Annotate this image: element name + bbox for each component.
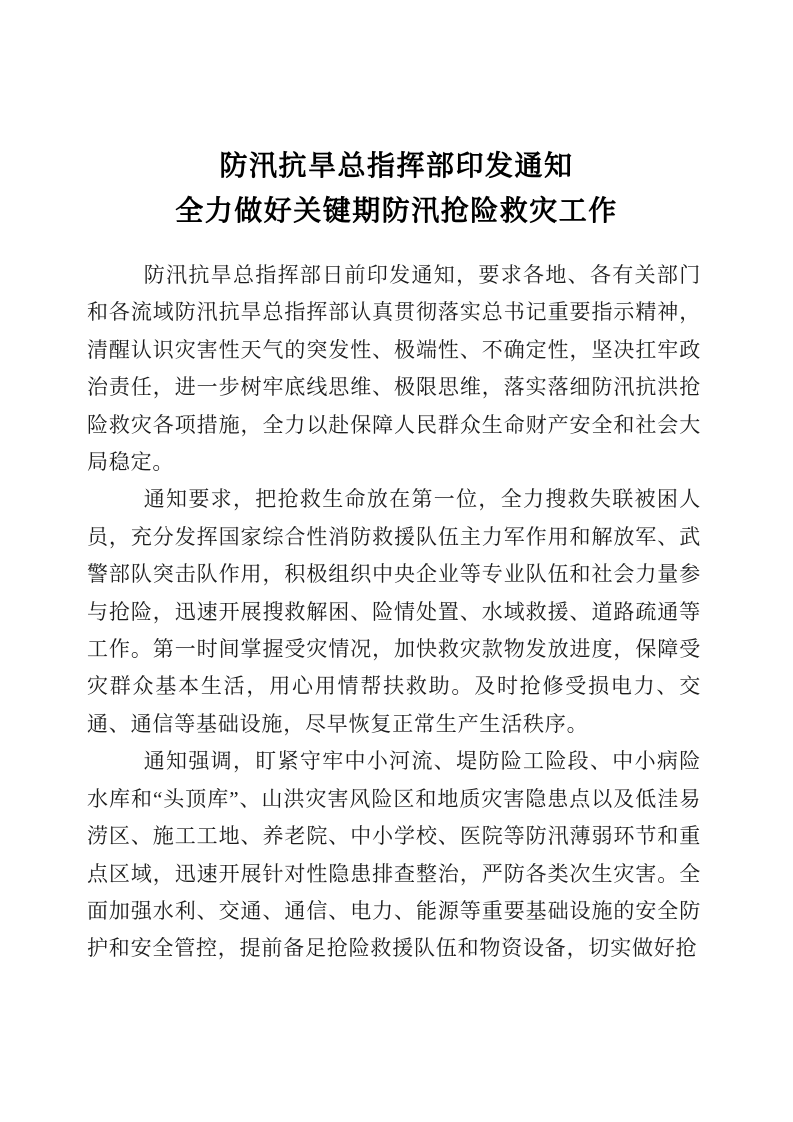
document-title: 防汛抗旱总指挥部印发通知 全力做好关键期防汛抢险救灾工作 xyxy=(0,144,793,234)
paragraph-notice-emphasis: 通知强调，盯紧守牢中小河流、堤防险工险段、中小病险水库和“头顶库”、山洪灾害风险… xyxy=(87,743,701,967)
paragraph-overview: 防汛抗旱总指挥部日前印发通知，要求各地、各有关部门和各流域防汛抗旱总指挥部认真贯… xyxy=(87,257,701,481)
document-body: 防汛抗旱总指挥部日前印发通知，要求各地、各有关部门和各流域防汛抗旱总指挥部认真贯… xyxy=(87,257,701,968)
document-title-line-2: 全力做好关键期防汛抢险救灾工作 xyxy=(0,189,793,234)
notice-document-page: 防汛抗旱总指挥部印发通知 全力做好关键期防汛抢险救灾工作 防汛抗旱总指挥部日前印… xyxy=(0,0,793,1122)
paragraph-notice-requirements: 通知要求，把抢救生命放在第一位，全力搜救失联被困人员，充分发挥国家综合性消防救援… xyxy=(87,481,701,743)
document-title-line-1: 防汛抗旱总指挥部印发通知 xyxy=(0,144,793,189)
